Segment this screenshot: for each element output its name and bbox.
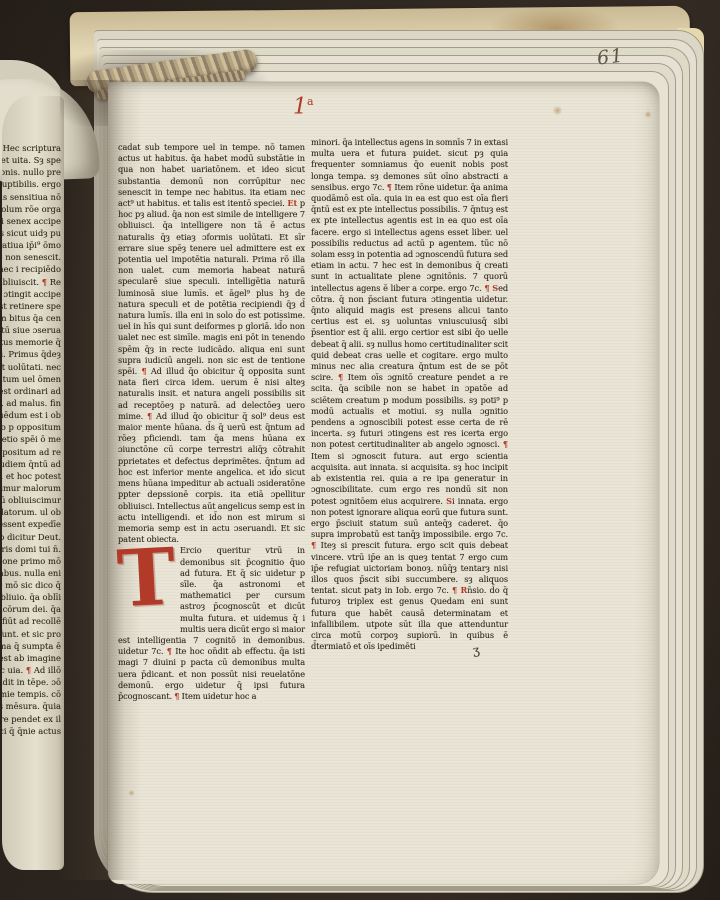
- text-fragment-line: m cū obliuiscimur: [2, 494, 61, 506]
- text-fragment-line: ac uia. ¶ Ad illō: [2, 664, 61, 676]
- text-fragment-line: q̄o dicitur Deut.: [2, 531, 61, 543]
- text-fragment-line: no non senescit.: [2, 251, 61, 263]
- text-run: scimur malorum: [2, 482, 61, 494]
- text-fragment-line: neficōrum dei. q̄a: [2, 603, 61, 615]
- text-run: m cū obliuiscimur: [2, 494, 61, 506]
- text-fragment-line: liudiem q̄ntū ad: [2, 458, 61, 470]
- facing-leaf-text-column: . Hec scripturae et uita. Sȝ spemonis. n…: [2, 142, 61, 870]
- text-fragment-line: ritum uel ōmen: [2, 373, 61, 385]
- text-run: ōguēdum est i ob: [2, 409, 61, 421]
- photo-background: . Hec scripturae et uita. Sȝ spemonis. n…: [0, 0, 720, 900]
- text-run: q̄o dicitur Deut.: [2, 531, 61, 543]
- text-run: orruptibilis. ergo: [2, 178, 61, 190]
- text-run: actus memorie q̄: [2, 336, 61, 348]
- text-fragment-line: crima q̄ sumpta ē: [2, 640, 61, 652]
- text-run: iuo p oppositum: [2, 421, 61, 433]
- text-run: statū siue ɔserua: [2, 324, 61, 336]
- foxing-spot: [644, 111, 652, 118]
- text-run: ari. Primus q̄deȝ: [2, 348, 61, 360]
- text-column-left: cadat sub tempore uel in tempe. nō tamen…: [118, 142, 305, 702]
- text-fragment-line: nomie tempis. cō: [2, 688, 61, 700]
- text-fragment-line: est retinere spe: [2, 300, 61, 312]
- text-run: Item rōne uidetur. q̄a anima quodāmō est…: [311, 182, 508, 293]
- text-run: iuone primo mō: [2, 555, 61, 567]
- text-run: lum bitus q̄a cen: [2, 312, 61, 324]
- text-fragment-line: . Hec scriptura: [2, 142, 61, 154]
- text-block: TErcio queritur vtrū in demonibus sit p̄…: [118, 545, 305, 702]
- text-run: nomie tempis. cō: [2, 688, 61, 700]
- text-fragment-line: statū siue ɔserua: [2, 324, 61, 336]
- text-run: collatorum. ul ob: [2, 506, 61, 518]
- text-fragment-line: ratiua ip̄i⁹ ōmo: [2, 239, 61, 251]
- text-fragment-line: les fiūt ad recollē: [2, 615, 61, 627]
- text-run: go nec i recipiēdo: [2, 263, 61, 275]
- text-fragment-line: . si senex accipe: [2, 215, 61, 227]
- text-run: p hoc pȝ aliud. q̄a non est simile de in…: [118, 198, 305, 376]
- text-run: ici q̄ q̄nie actus: [2, 725, 61, 737]
- text-column-right: minori. q̄a intellectus agens in somnīs …: [311, 137, 508, 664]
- foxing-spot: [552, 106, 563, 115]
- text-run: isse. et hoc potest: [2, 470, 61, 482]
- text-fragment-line: scimur malorum: [2, 482, 61, 494]
- text-run: obliuiscit. ¶ Re: [2, 276, 61, 288]
- text-run: . si senex accipe: [2, 215, 61, 227]
- text-fragment-line: onabus. nulla eni: [2, 567, 61, 579]
- pilcrow-mark: ¶: [26, 665, 31, 675]
- text-run: cadit in tēpe. ɔō: [2, 676, 61, 688]
- text-run: ratiua ip̄i⁹ ōmo: [2, 239, 61, 251]
- text-fragment-line: ici q̄ q̄nie actus: [2, 725, 61, 737]
- text-run: ilis mēsura. q̄uia: [2, 700, 61, 712]
- text-run: est retinere spe: [2, 300, 61, 312]
- text-fragment-line: lum bitus q̄a cen: [2, 312, 61, 324]
- text-run: . Hec scriptura: [2, 142, 61, 154]
- text-fragment-line: obliuiscit. ¶ Re: [2, 276, 61, 288]
- text-fragment-line: is essent expedīe: [2, 518, 61, 530]
- text-run: tiq̄s sicut uidȝ pu: [2, 227, 61, 239]
- text-run: obliuio. q̄a oblīi: [2, 591, 61, 603]
- text-block: minori. q̄a intellectus agens in somnīs …: [311, 137, 508, 652]
- text-fragment-line: rtus sensitiua nō: [2, 191, 61, 203]
- text-fragment-line: solum rōe orga: [2, 203, 61, 215]
- foxing-spot: [128, 790, 135, 796]
- text-run: liti funt. et sic pro: [2, 628, 61, 640]
- text-fragment-line: liti funt. et sic pro: [2, 628, 61, 640]
- text-run: igere pendet ex il: [2, 713, 61, 725]
- text-run: best uolūtati. nec: [2, 361, 61, 373]
- text-run: ʒ: [472, 643, 480, 658]
- text-run: is essent expedīe: [2, 518, 61, 530]
- text-run: ac uia. ¶ Ad illō: [2, 664, 61, 676]
- folio-number: 61: [596, 44, 626, 69]
- text-run: no non senescit.: [2, 251, 61, 263]
- text-run: monis. nullo pre: [2, 166, 61, 178]
- text-run: crima q̄ sumpta ē: [2, 640, 61, 652]
- text-fragment-line: e et uita. Sȝ spe: [2, 154, 61, 166]
- text-fragment-line: orruptibilis. ergo: [2, 178, 61, 190]
- text-fragment-line: monis. nullo pre: [2, 166, 61, 178]
- text-fragment-line: best uolūtati. nec: [2, 361, 61, 373]
- text-fragment-line: oppositum ad re: [2, 446, 61, 458]
- text-fragment-line: collatorum. ul ob: [2, 506, 61, 518]
- text-fragment-line: ōguēdum est i ob: [2, 409, 61, 421]
- text-fragment-line: a. s. ad malus. fin: [2, 397, 61, 409]
- text-fragment-line: igere pendet ex il: [2, 713, 61, 725]
- text-run: Item uidetur hoc a: [179, 691, 256, 701]
- text-fragment-line: go nec i recipiēdo: [2, 263, 61, 275]
- text-run: rie ɔtingit accipe: [2, 288, 61, 300]
- text-fragment-line: rie ɔtingit accipe: [2, 288, 61, 300]
- pilcrow-mark: ¶: [42, 277, 47, 287]
- text-fragment-line: cadit in tēpe. ɔō: [2, 676, 61, 688]
- text-run: cadat sub tempore uel in tempe. nō tamen…: [118, 142, 305, 208]
- text-fragment-line: otest ordinari ad: [2, 385, 61, 397]
- text-run: aris domi tui n̄.: [2, 543, 61, 555]
- text-run: onabus. nulla eni: [2, 567, 61, 579]
- text-run: ctō mō sic dico q̄: [2, 579, 61, 591]
- quire-mark: 1a: [293, 96, 314, 118]
- text-run: oppositum ad re: [2, 446, 61, 458]
- lombard-initial: T: [116, 547, 174, 630]
- text-run: Ad illud q̄o obicitur q̄ sol⁹ deus est m…: [118, 411, 305, 544]
- text-run: a. s. ad malus. fin: [2, 397, 61, 409]
- text-run: otest ordinari ad: [2, 385, 61, 397]
- text-run: neficōrum dei. q̄a: [2, 603, 61, 615]
- text-run: rtus sensitiua nō: [2, 191, 61, 203]
- quire-mark-numeral: 1: [293, 94, 307, 119]
- text-fragment-line: aris domi tui n̄.: [2, 543, 61, 555]
- rubric-mark: Et: [287, 198, 297, 208]
- text-fragment-line: ari. Primus q̄deȝ: [2, 348, 61, 360]
- facing-leaf: . Hec scripturae et uita. Sȝ spemonis. n…: [2, 96, 64, 870]
- text-fragment-line: isse. et hoc potest: [2, 470, 61, 482]
- text-fragment-line: iuo p oppositum: [2, 421, 61, 433]
- text-run: ta est ab imagine: [2, 652, 61, 664]
- text-run: solum rōe orga: [2, 203, 61, 215]
- text-run: liudiem q̄ntū ad: [2, 458, 61, 470]
- text-fragment-line: ilis mēsura. q̄uia: [2, 700, 61, 712]
- text-fragment-line: obliuio. q̄a oblīi: [2, 591, 61, 603]
- quire-mark-superscript: a: [307, 95, 314, 108]
- text-run: ed cōtra. q̄ non p̄sciant futura ɔtingen…: [311, 283, 508, 383]
- text-fragment-line: tiq̄s sicut uidȝ pu: [2, 227, 61, 239]
- rubric-mark: ¶: [503, 439, 508, 449]
- text-fragment-line: ctō mō sic dico q̄: [2, 579, 61, 591]
- text-fragment-line: iuone primo mō: [2, 555, 61, 567]
- text-fragment-line: deletio spēi ō me: [2, 433, 61, 445]
- text-run: les fiūt ad recollē: [2, 615, 61, 627]
- text-fragment-line: actus memorie q̄: [2, 336, 61, 348]
- text-fragment-line: ta est ab imagine: [2, 652, 61, 664]
- text-run: e et uita. Sȝ spe: [2, 154, 61, 166]
- text-run: Item oīs ɔgnitō creature pendet a re sci…: [311, 372, 508, 449]
- text-block: cadat sub tempore uel in tempe. nō tamen…: [118, 142, 305, 545]
- text-run: ritum uel ōmen: [2, 373, 61, 385]
- text-run: deletio spēi ō me: [2, 433, 61, 445]
